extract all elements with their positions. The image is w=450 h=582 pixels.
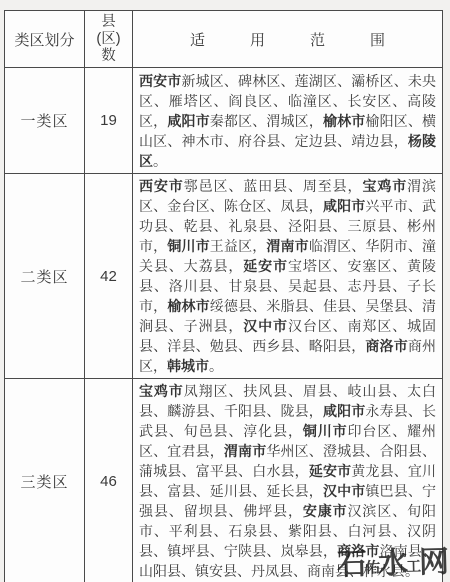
table-header: 类区划分 县 (区) 数 适 用 范 围 [5,11,443,68]
table-row-zone2: 二类区 42 西安市鄠邑区、蓝田县、周至县，宝鸡市渭滨区、金台区、陈仓区、凤县，… [5,174,443,379]
zone1-scope: 西安市新城区、碑林区、莲湖区、灞桥区、未央区、雁塔区、阎良区、临潼区、长安区、高… [133,68,443,174]
zone1-count: 19 [85,68,133,174]
header-zone-division: 类区划分 [5,11,85,68]
zone3-label: 三类区 [5,379,85,582]
zone-table-container: 类区划分 县 (区) 数 适 用 范 围 一类区 19 西安市新城区、碑林区、莲… [4,10,443,573]
table-body: 一类区 19 西安市新城区、碑林区、莲湖区、灞桥区、未央区、雁塔区、阎良区、临潼… [5,68,443,582]
table-row-zone3: 三类区 46 宝鸡市凤翔区、扶风县、眉县、岐山县、太白县、麟游县、千阳县、陇县，… [5,379,443,582]
zone2-count: 42 [85,174,133,379]
zone3-scope: 宝鸡市凤翔区、扶风县、眉县、岐山县、太白县、麟游县、千阳县、陇县，咸阳市永寿县、… [133,379,443,582]
zone2-scope: 西安市鄠邑区、蓝田县、周至县，宝鸡市渭滨区、金台区、陈仓区、凤县，咸阳市兴平市、… [133,174,443,379]
zone3-count: 46 [85,379,133,582]
table-row-zone1: 一类区 19 西安市新城区、碑林区、莲湖区、灞桥区、未央区、雁塔区、阎良区、临潼… [5,68,443,174]
header-county-count: 县 (区) 数 [85,11,133,68]
zone1-label: 一类区 [5,68,85,174]
header-applicable-scope: 适 用 范 围 [133,11,443,68]
zone-classification-table: 类区划分 县 (区) 数 适 用 范 围 一类区 19 西安市新城区、碑林区、莲… [4,10,443,582]
header-row: 类区划分 县 (区) 数 适 用 范 围 [5,11,443,68]
zone2-label: 二类区 [5,174,85,379]
